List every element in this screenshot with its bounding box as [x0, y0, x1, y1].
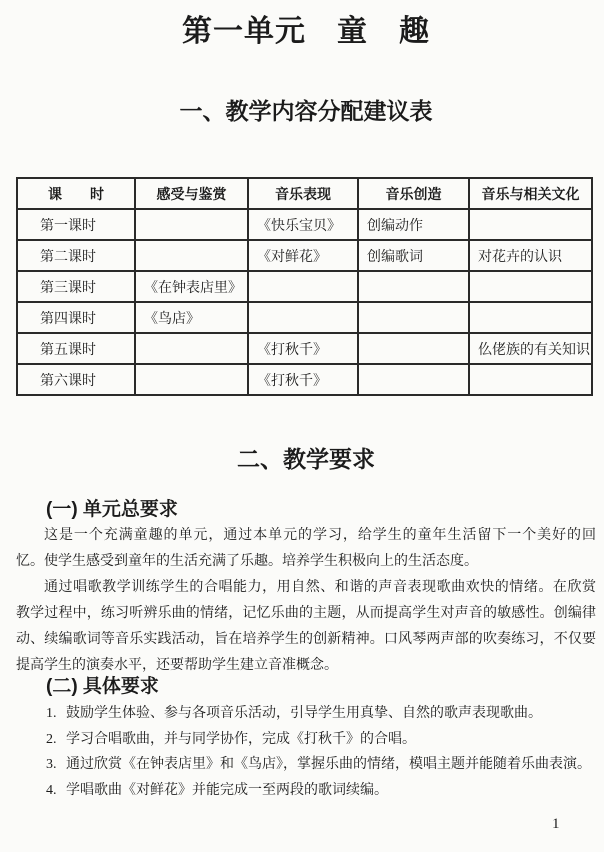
col-header-perform: 音乐表现	[248, 178, 358, 209]
requirement-item: 4.学唱歌曲《对鲜花》并能完成一至两段的歌词续编。	[46, 778, 596, 804]
requirement-item: 3.通过欣赏《在钟表店里》和《鸟店》，掌握乐曲的情绪，模唱主题并能随着乐曲表演。	[46, 752, 596, 778]
lesson-allocation-table: 课 时 感受与鉴赏 音乐表现 音乐创造 音乐与相关文化 第一课时 《快乐宝贝》 …	[16, 177, 593, 396]
item-number: 4.	[46, 778, 66, 804]
paragraph-line: 教学过程中，练习听辨乐曲的情绪，记忆乐曲的主题，从而提高学生对声音的敏感性。创编…	[16, 601, 596, 627]
table-cell	[358, 333, 469, 364]
table-header-row: 课 时 感受与鉴赏 音乐表现 音乐创造 音乐与相关文化	[17, 178, 592, 209]
table-cell: 《鸟店》	[135, 302, 248, 333]
table-cell: 《打秋千》	[248, 364, 358, 395]
item-text: 学习合唱歌曲，并与同学协作，完成《打秋千》的合唱。	[66, 732, 416, 747]
table-row: 第六课时 《打秋千》	[17, 364, 592, 395]
table-cell	[248, 271, 358, 302]
table-cell: 第三课时	[17, 271, 135, 302]
table-row: 第二课时 《对鲜花》 创编歌词 对花卉的认识	[17, 240, 592, 271]
table-row: 第三课时 《在钟表店里》	[17, 271, 592, 302]
requirement-item: 2.学习合唱歌曲，并与同学协作，完成《打秋千》的合唱。	[46, 727, 596, 753]
requirement-item: 1.鼓励学生体验、参与各项音乐活动，引导学生用真挚、自然的歌声表现歌曲。	[46, 701, 596, 727]
col-header-create: 音乐创造	[358, 178, 469, 209]
page-number: 1	[552, 816, 560, 833]
page-content: 第一单元 童 趣 一、教学内容分配建议表 课 时 感受与鉴赏 音乐表现 音乐创造…	[0, 12, 604, 803]
table-cell	[358, 302, 469, 333]
table-cell	[135, 364, 248, 395]
table-cell: 创编动作	[358, 209, 469, 240]
table-cell: 第四课时	[17, 302, 135, 333]
item-text: 通过欣赏《在钟表店里》和《鸟店》，掌握乐曲的情绪，模唱主题并能随着乐曲表演。	[66, 757, 591, 772]
table-cell: 第二课时	[17, 240, 135, 271]
table-row: 第一课时 《快乐宝贝》 创编动作	[17, 209, 592, 240]
table-cell	[358, 271, 469, 302]
table-row: 第五课时 《打秋千》 仫佬族的有关知识	[17, 333, 592, 364]
table-cell: 创编歌词	[358, 240, 469, 271]
table-cell	[248, 302, 358, 333]
paragraph-general-1: 这是一个充满童趣的单元，通过本单元的学习，给学生的童年生活留下一个美好的回 忆。…	[16, 523, 596, 575]
table-cell: 第一课时	[17, 209, 135, 240]
unit-title: 第一单元 童 趣	[16, 12, 596, 52]
table-cell	[135, 240, 248, 271]
col-header-lesson: 课 时	[17, 178, 135, 209]
table-cell	[358, 364, 469, 395]
item-number: 1.	[46, 701, 66, 727]
table-cell	[135, 209, 248, 240]
table-cell: 《快乐宝贝》	[248, 209, 358, 240]
table-cell: 第六课时	[17, 364, 135, 395]
table-cell: 仫佬族的有关知识	[469, 333, 592, 364]
paragraph-general-2: 通过唱歌教学训练学生的合唱能力，用自然、和谐的声音表现歌曲欢快的情绪。在欣赏 教…	[16, 575, 596, 679]
paragraph-line: 通过唱歌教学训练学生的合唱能力，用自然、和谐的声音表现歌曲欢快的情绪。在欣赏	[16, 575, 596, 601]
section-heading-content-allocation: 一、教学内容分配建议表	[16, 96, 596, 126]
paragraph-line: 忆。使学生感受到童年的生活充满了乐趣。培养学生积极向上的生活态度。	[16, 549, 596, 575]
table-cell: 《打秋千》	[248, 333, 358, 364]
table-cell: 《在钟表店里》	[135, 271, 248, 302]
table-row: 第四课时 《鸟店》	[17, 302, 592, 333]
item-number: 3.	[46, 752, 66, 778]
paragraph-line: 动、续编歌词等音乐实践活动，旨在培养学生的创新精神。口风琴两声部的吹奏练习，不仅…	[16, 627, 596, 653]
item-text: 学唱歌曲《对鲜花》并能完成一至两段的歌词续编。	[66, 783, 388, 798]
table-cell: 第五课时	[17, 333, 135, 364]
requirements-list: 1.鼓励学生体验、参与各项音乐活动，引导学生用真挚、自然的歌声表现歌曲。 2.学…	[46, 701, 596, 803]
table-cell: 对花卉的认识	[469, 240, 592, 271]
subsection-heading-general-requirements: (一) 单元总要求	[46, 497, 596, 523]
section-heading-teaching-requirements: 二、教学要求	[16, 444, 596, 474]
col-header-feeling: 感受与鉴赏	[135, 178, 248, 209]
table-cell	[469, 364, 592, 395]
scanned-book-page: 第一单元 童 趣 一、教学内容分配建议表 课 时 感受与鉴赏 音乐表现 音乐创造…	[0, 0, 604, 852]
item-number: 2.	[46, 727, 66, 753]
col-header-culture: 音乐与相关文化	[469, 178, 592, 209]
table-cell	[469, 209, 592, 240]
item-text: 鼓励学生体验、参与各项音乐活动，引导学生用真挚、自然的歌声表现歌曲。	[66, 706, 542, 721]
table-cell	[469, 271, 592, 302]
table-cell: 《对鲜花》	[248, 240, 358, 271]
table-cell	[135, 333, 248, 364]
paragraph-line: 这是一个充满童趣的单元，通过本单元的学习，给学生的童年生活留下一个美好的回	[16, 523, 596, 549]
table-cell	[469, 302, 592, 333]
